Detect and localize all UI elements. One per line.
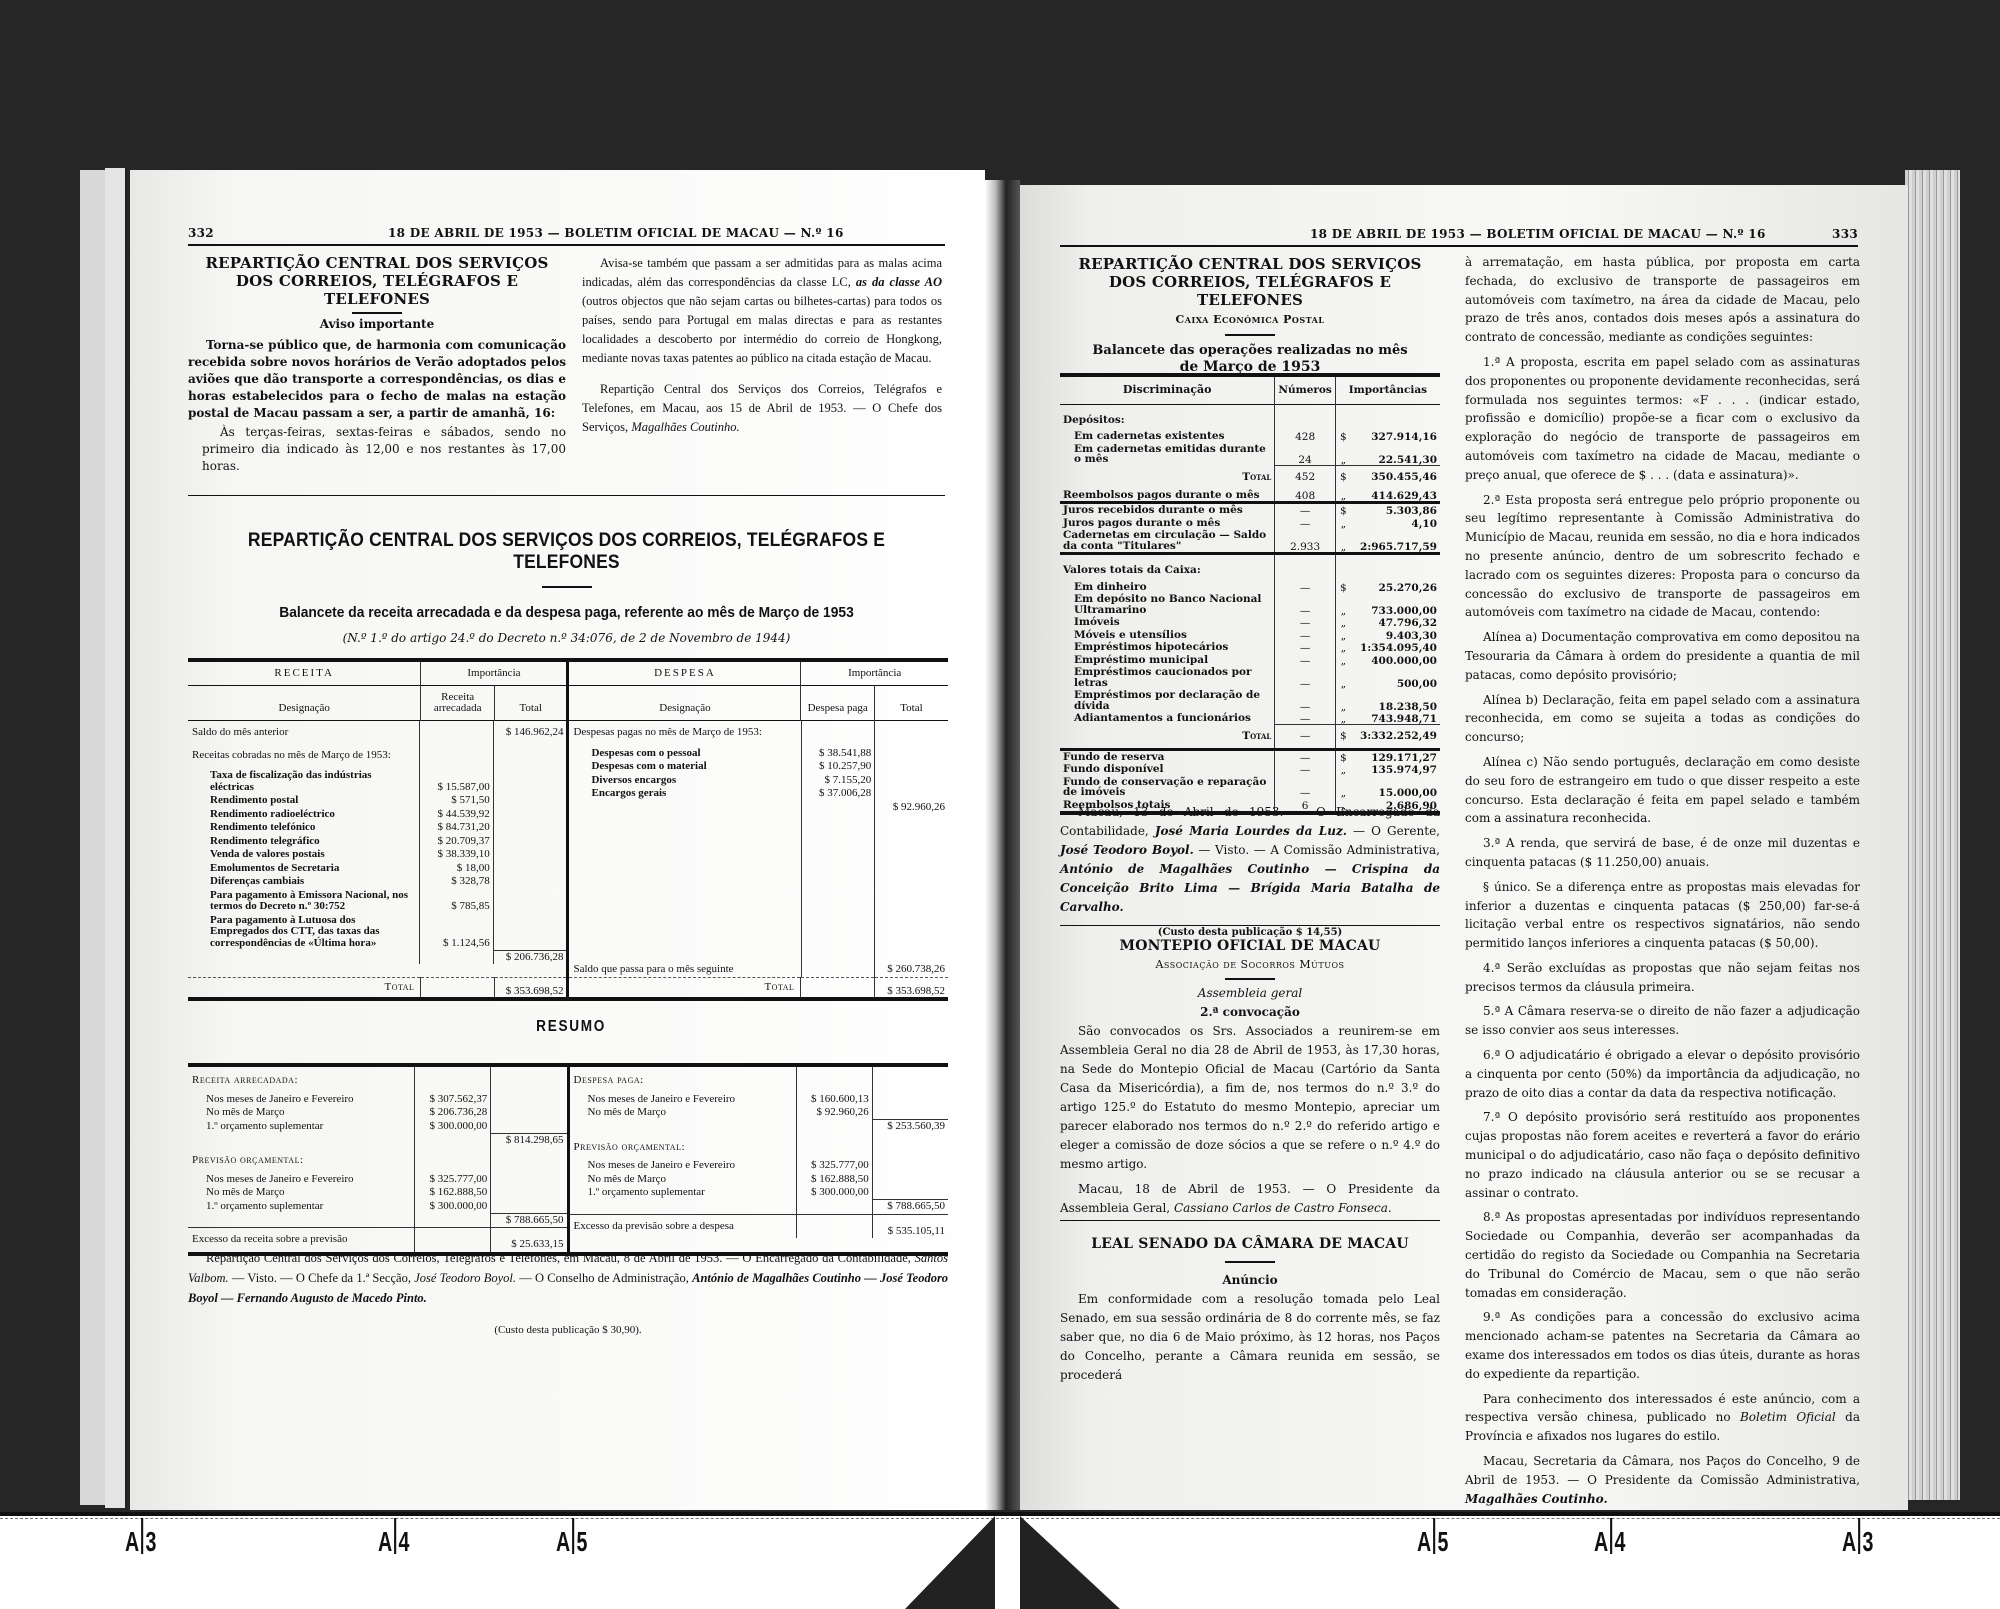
montepio-sub: Associação de Socorros Mútuos: [1060, 955, 1440, 974]
receita-row: $ 206.736,28: [188, 950, 566, 964]
caixa-amount: 500,00: [1351, 666, 1440, 689]
header-importancia-receita: Importância: [421, 660, 568, 686]
resumo-value: [415, 1133, 491, 1147]
boletim-oficial-ref: Boletim Oficial: [1740, 1410, 1836, 1424]
short-rule: [1225, 334, 1275, 336]
receita-total: [493, 835, 566, 849]
resumo-value: $ 307.562,37: [415, 1093, 491, 1107]
receita-row: Rendimento telegráfico$ 20.709,37: [188, 835, 566, 849]
resumo-row: No mês de Março$ 162.888,50: [570, 1173, 949, 1187]
caixa-currency: $: [1335, 581, 1351, 594]
caixa-table: Discriminação Números Importâncias Depós…: [1060, 373, 1440, 815]
balancete-legal-ref: (N.º 1.º do artigo 24.º do Decreto n.º 3…: [188, 631, 945, 645]
resumo-value: [796, 1120, 872, 1134]
caixa-numero: —: [1275, 654, 1335, 667]
receita-row: Saldo do mês anterior$ 146.962,24: [188, 721, 566, 740]
caixa-row: Em depósito no Banco Nacional Ultramarin…: [1060, 593, 1440, 616]
caixa-row: Valores totais da Caixa:: [1060, 554, 1440, 581]
caixa-amount: 4,10: [1351, 517, 1440, 530]
caixa-label: Fundo de reserva: [1060, 749, 1275, 763]
receita-total: [493, 914, 566, 951]
caixa-currency: „: [1335, 529, 1351, 554]
clause-1: 1.ª A proposta, escrita em papel selado …: [1465, 353, 1860, 485]
receita-label: Para pagamento à Lutuosa dos Empregados …: [188, 914, 420, 951]
resumo-row: Receita arrecadada:: [188, 1067, 567, 1093]
despesa-label: Saldo que passa para o mês seguinte: [569, 814, 801, 977]
caixa-row: Imóveis—„47.796,32: [1060, 616, 1440, 629]
despesa-paga: $ 38.541,88: [801, 747, 874, 761]
caixa-numero: —: [1275, 629, 1335, 642]
running-head-text: 18 DE ABRIL DE 1953 — BOLETIM OFICIAL DE…: [1310, 227, 1766, 241]
scanner-marker-a4: A4: [378, 1526, 409, 1562]
caixa-numero: —: [1275, 581, 1335, 594]
caixa-currency: $: [1335, 430, 1351, 443]
resumo-value: [796, 1067, 872, 1093]
caixa-header-line2: DOS CORREIOS, TELÉGRAFOS E TELEFONES: [1060, 273, 1440, 309]
clause-9: 9.ª As condições para a concessão do exc…: [1465, 1308, 1860, 1383]
receita-arrecadada: [420, 950, 493, 964]
receita-arrecadada: $ 15.587,00: [420, 769, 493, 794]
caixa-amount: 350.455,46: [1351, 466, 1440, 489]
resumo-total: [872, 1106, 948, 1120]
caixa-currency: „: [1335, 712, 1351, 725]
receita-total-value: $ 353.698,52: [494, 977, 568, 999]
receita-arrecadada: $ 44.539,92: [420, 808, 493, 822]
section-divider: [1060, 925, 1440, 926]
caixa-amount: 18.238,50: [1351, 689, 1440, 712]
caixa-signature: Macau, 13 de Abril de 1953. — O Encarreg…: [1060, 803, 1440, 942]
receita-row: Rendimento radioeléctrico$ 44.539,92: [188, 808, 566, 822]
despesa-total: [875, 774, 948, 788]
despesa-rows: Despesas pagas no mês de Março de 1953:D…: [569, 721, 948, 977]
balancete-header: REPARTIÇÃO CENTRAL DOS SERVIÇOS DOS CORR…: [188, 530, 945, 645]
scanner-marker-a5: A5: [556, 1526, 587, 1562]
caixa-currency: [1335, 554, 1351, 581]
despesa-total: [875, 747, 948, 761]
resumo-row: No mês de Março$ 206.736,28: [188, 1106, 567, 1120]
resumo-right: Despesa paga:Nos meses de Janeiro e Feve…: [568, 1065, 948, 1254]
scanner-marker-a3: A3: [125, 1526, 156, 1562]
caixa-row: Depósitos:: [1060, 404, 1440, 430]
caixa-amount: 5.303,86: [1351, 503, 1440, 517]
resumo-total: [491, 1200, 567, 1214]
receita-arrecadada: $ 785,85: [420, 889, 493, 914]
despesa-row: Saldo que passa para o mês seguinte$ 260…: [569, 814, 948, 977]
resumo-row: 1.º orçamento suplementar$ 300.000,00: [188, 1120, 567, 1134]
despesa-paga: [801, 814, 874, 977]
caixa-row: Total452$350.455,46: [1060, 466, 1440, 489]
scanner-marker-a5: A5: [1417, 1526, 1448, 1562]
clause-2b: Alínea b) Declaração, feita em papel sel…: [1465, 691, 1860, 747]
signatory-name: José Teodoro Boyol.: [1060, 843, 1194, 857]
receita-row: Venda de valores postais$ 38.339,10: [188, 848, 566, 862]
resumo-row: $ 253.560,39: [570, 1120, 949, 1134]
receita-label: Para pagamento à Emissora Nacional, nos …: [188, 889, 420, 914]
resumo-value: [415, 1213, 491, 1228]
short-rule: [1225, 1261, 1275, 1263]
caixa-currency: „: [1335, 666, 1351, 689]
despesa-row: Despesas pagas no mês de Março de 1953:: [569, 721, 948, 747]
receita-label: Receitas cobradas no mês de Março de 195…: [188, 740, 420, 770]
receita-row: Diferenças cambiais$ 328,78: [188, 875, 566, 889]
resumo-value: $ 162.888,50: [415, 1186, 491, 1200]
resumo-total: [491, 1186, 567, 1200]
caixa-numero: —: [1275, 517, 1335, 530]
caixa-amount: 15.000,00: [1351, 776, 1440, 799]
despesa-label: [569, 801, 801, 815]
resumo-label: Nos meses de Janeiro e Fevereiro: [188, 1093, 415, 1107]
caixa-numero: —: [1275, 666, 1335, 689]
leal-senado-intro: Em conformidade com a resolução tomada p…: [1060, 1290, 1440, 1385]
section-divider: [1060, 1220, 1440, 1221]
caixa-label: Em dinheiro: [1060, 581, 1275, 594]
signatory-name: Cassiano Carlos de Castro Fonseca.: [1174, 1201, 1392, 1215]
resumo-label: [570, 1120, 797, 1134]
resumo-total: $ 788.665,50: [491, 1213, 567, 1228]
receita-total: [493, 848, 566, 862]
caixa-currency: „: [1335, 593, 1351, 616]
resumo-label: 1.º orçamento suplementar: [188, 1200, 415, 1214]
resumo-label: Nos meses de Janeiro e Fevereiro: [188, 1173, 415, 1187]
caixa-amount: 2:965.717,59: [1351, 529, 1440, 554]
receita-arrecadada: $ 328,78: [420, 875, 493, 889]
resumo-label: No mês de Março: [570, 1173, 797, 1187]
resumo-value: $ 206.736,28: [415, 1106, 491, 1120]
caixa-currency: $: [1335, 503, 1351, 517]
montepio-section: MONTEPIO OFICIAL DE MACAU Associação de …: [1060, 937, 1440, 1224]
balancete-table: RECEITA Importância DESPESA Importância …: [188, 658, 948, 1001]
page-stack-right: [1905, 170, 1960, 1500]
header-discriminacao: Discriminação: [1060, 375, 1275, 404]
caixa-currency: „: [1335, 616, 1351, 629]
receita-label: Taxa de fiscalização das indústrias eléc…: [188, 769, 420, 794]
montepio-title: MONTEPIO OFICIAL DE MACAU: [1060, 937, 1440, 955]
signatory-names: António de Magalhães Coutinho — Crispina…: [1060, 862, 1440, 914]
caixa-numero: —: [1275, 763, 1335, 776]
receita-row: Taxa de fiscalização das indústrias eléc…: [188, 769, 566, 794]
resumo-label: Excesso da previsão sobre a despesa: [570, 1214, 797, 1238]
resumo-total: [491, 1067, 567, 1093]
clause-3: 3.ª A renda, que servirá de base, é de o…: [1465, 834, 1860, 872]
despesa-paga: $ 7.155,20: [801, 774, 874, 788]
resumo-row: $ 788.665,50: [570, 1200, 949, 1215]
header-despesa: DESPESA: [568, 660, 801, 686]
right-page: 18 DE ABRIL DE 1953 — BOLETIM OFICIAL DE…: [1020, 185, 1908, 1510]
resumo-right-rows: Despesa paga:Nos meses de Janeiro e Feve…: [570, 1067, 949, 1238]
caixa-numero: —: [1275, 725, 1335, 750]
resumo-value: $ 160.600,13: [796, 1093, 872, 1107]
header-designacao-despesa: Designação: [568, 686, 801, 721]
resumo-total: $ 535.105,11: [872, 1214, 948, 1238]
caixa-numero: —: [1275, 593, 1335, 616]
receita-total: [493, 821, 566, 835]
caixa-label: Valores totais da Caixa:: [1060, 554, 1275, 581]
header-total-receita: Total: [494, 686, 568, 721]
book-gutter: [985, 180, 1020, 1510]
caixa-row: Empréstimo municipal—„400.000,00: [1060, 654, 1440, 667]
receita-total: [493, 794, 566, 808]
resumo-value: [796, 1214, 872, 1238]
page-stack-left-inner: [105, 168, 127, 1508]
resumo-total: [872, 1186, 948, 1200]
caixa-label: Em cadernetas existentes: [1060, 430, 1275, 443]
caixa-numero: —: [1275, 749, 1335, 763]
resumo-value: $ 92.960,26: [796, 1106, 872, 1120]
caixa-currency: „: [1335, 763, 1351, 776]
despesa-label: Despesas com o material: [569, 760, 801, 774]
header-designacao-receita: Designação: [188, 686, 421, 721]
resumo-row: 1.º orçamento suplementar$ 300.000,00: [188, 1200, 567, 1214]
caixa-currency: „: [1335, 776, 1351, 799]
receita-label: Rendimento postal: [188, 794, 420, 808]
caixa-row: Reembolsos pagos durante o mês408„414.62…: [1060, 489, 1440, 503]
caixa-amount: 135.974,97: [1351, 763, 1440, 776]
balancete-subtitle: Balancete da receita arrecadada e da des…: [218, 604, 914, 621]
caixa-label: Depósitos:: [1060, 404, 1275, 430]
caixa-numero: [1275, 404, 1335, 430]
running-head-text: 18 DE ABRIL DE 1953 — BOLETIM OFICIAL DE…: [388, 226, 844, 240]
resumo-total: [491, 1147, 567, 1173]
short-rule: [1225, 978, 1275, 980]
caixa-label: Imóveis: [1060, 616, 1275, 629]
caixa-amount: 743.948,71: [1351, 712, 1440, 725]
receita-label: Emolumentos de Secretaria: [188, 862, 420, 876]
caixa-row: Cadernetas em circulação — Saldo da cont…: [1060, 529, 1440, 554]
receita-arrecadada: $ 84.731,20: [420, 821, 493, 835]
caixa-currency: [1335, 404, 1351, 430]
receita-arrecadada: $ 571,50: [420, 794, 493, 808]
left-page: 332 18 DE ABRIL DE 1953 — BOLETIM OFICIA…: [130, 170, 985, 1510]
caixa-header-line1: REPARTIÇÃO CENTRAL DOS SERVIÇOS: [1060, 255, 1440, 273]
leal-senado-title: LEAL SENADO DA CÂMARA DE MACAU: [1060, 1235, 1440, 1253]
resumo-value: $ 300.000,00: [796, 1186, 872, 1200]
caixa-amount: 129.171,27: [1351, 749, 1440, 763]
caixa-currency: $: [1335, 466, 1351, 489]
despesa-row: Diversos encargos$ 7.155,20: [569, 774, 948, 788]
aviso-signature: Repartição Central dos Serviços dos Corr…: [582, 380, 942, 437]
caixa-numero: —: [1275, 503, 1335, 517]
resumo-total: $ 814.298,65: [491, 1133, 567, 1147]
resumo-label: [188, 1213, 415, 1228]
section-divider: [188, 495, 945, 496]
page-number: 333: [1832, 227, 1858, 241]
resumo-row: $ 788.665,50: [188, 1213, 567, 1228]
montepio-para: São convocados os Srs. Associados a reun…: [1060, 1022, 1440, 1174]
resumo-value: [796, 1134, 872, 1160]
aviso-header-line2: DOS CORREIOS, TELÉGRAFOS E TELEFONES: [188, 272, 566, 308]
despesa-total: $ 92.960,26: [875, 801, 948, 815]
despesa-paga: $ 37.006,28: [801, 787, 874, 801]
resumo-left: Receita arrecadada:Nos meses de Janeiro …: [188, 1065, 568, 1254]
caixa-numero: —: [1275, 712, 1335, 725]
resumo-label: Nos meses de Janeiro e Fevereiro: [570, 1159, 797, 1173]
receita-label: Rendimento telefónico: [188, 821, 420, 835]
receita-total: [493, 769, 566, 794]
caixa-label: Juros recebidos durante o mês: [1060, 503, 1275, 517]
resumo-title: RESUMO: [536, 1018, 606, 1036]
receita-total: [493, 808, 566, 822]
caixa-numero: —: [1275, 616, 1335, 629]
resumo-table: Receita arrecadada:Nos meses de Janeiro …: [188, 1063, 948, 1256]
leal-senado-section: LEAL SENADO DA CÂMARA DE MACAU Anúncio E…: [1060, 1235, 1440, 1391]
aviso-para3: Avisa-se também que passam a ser admitid…: [582, 254, 942, 368]
resumo-left-rows: Receita arrecadada:Nos meses de Janeiro …: [188, 1067, 567, 1252]
aviso-column-left: REPARTIÇÃO CENTRAL DOS SERVIÇOS DOS CORR…: [188, 254, 566, 481]
resumo-value: $ 162.888,50: [796, 1173, 872, 1187]
short-rule: [542, 586, 592, 588]
caixa-label: Adiantamentos a funcionários: [1060, 712, 1275, 725]
caixa-label: Fundo de conservação e reparação de imóv…: [1060, 776, 1275, 799]
caixa-amount: 733.000,00: [1351, 593, 1440, 616]
dotted-line: [0, 1518, 2000, 1520]
receita-label: [188, 950, 420, 964]
caixa-label: Móveis e utensílios: [1060, 629, 1275, 642]
caixa-currency: „: [1335, 489, 1351, 503]
caixa-amount: 414.629,43: [1351, 489, 1440, 503]
signatory-name: Magalhães Coutinho.: [631, 420, 739, 434]
caixa-currency: „: [1335, 517, 1351, 530]
empty-cell: [421, 977, 495, 999]
caixa-row: Empréstimos por declaração de dívida—„18…: [1060, 689, 1440, 712]
header-total-despesa: Total: [874, 686, 948, 721]
header-receita-arrecadada: Receita arrecadada: [421, 686, 495, 721]
receita-total: [493, 862, 566, 876]
aviso-para2: Às terças-feiras, sextas-feiras e sábado…: [188, 424, 566, 475]
receita-total: $ 146.962,24: [493, 721, 566, 740]
caixa-currency: $: [1335, 749, 1351, 763]
caixa-column: REPARTIÇÃO CENTRAL DOS SERVIÇOS DOS CORR…: [1060, 255, 1440, 376]
clause-6: 6.ª O adjudicatário é obrigado a elevar …: [1465, 1046, 1860, 1102]
scanner-calibration-strip: A3 A4 A5 A5 A4 A3: [0, 1512, 2000, 1609]
resumo-label: [570, 1200, 797, 1215]
receita-row: Receitas cobradas no mês de Março de 195…: [188, 740, 566, 770]
montepio-signature: Macau, 18 de Abril de 1953. — O Presiden…: [1060, 1180, 1440, 1218]
resumo-label: No mês de Março: [188, 1186, 415, 1200]
caixa-currency: „: [1335, 654, 1351, 667]
caixa-amount: [1351, 404, 1440, 430]
caixa-label: Empréstimos caucionados por letras: [1060, 666, 1275, 689]
resumo-label: Receita arrecadada:: [188, 1067, 415, 1093]
despesa-paga: $ 10.257,90: [801, 760, 874, 774]
caixa-currency: „: [1335, 443, 1351, 466]
receita-body: Saldo do mês anterior$ 146.962,24Receita…: [188, 721, 568, 978]
resumo-total: [491, 1173, 567, 1187]
caixa-row: Adiantamentos a funcionários—„743.948,71: [1060, 712, 1440, 725]
caixa-numero: —: [1275, 776, 1335, 799]
resumo-total: [491, 1120, 567, 1134]
caixa-label: Total: [1060, 466, 1275, 489]
caixa-amount: 25.270,26: [1351, 581, 1440, 594]
caixa-label: Empréstimo municipal: [1060, 654, 1275, 667]
resumo-total: [491, 1093, 567, 1107]
resumo-value: [415, 1067, 491, 1093]
resumo-total: [872, 1093, 948, 1107]
caixa-amount: [1351, 554, 1440, 581]
header-importancia-despesa: Importância: [801, 660, 948, 686]
signatory-name: José Teodoro Boyol.: [414, 1271, 516, 1285]
receita-total: [493, 875, 566, 889]
clause-7: 7.ª O depósito provisório será restituíd…: [1465, 1108, 1860, 1202]
leal-senado-sub: Anúncio: [1060, 1271, 1440, 1290]
receita-arrecadada: $ 18,00: [420, 862, 493, 876]
resumo-label: No mês de Março: [188, 1106, 415, 1120]
resumo-label: 1.º orçamento suplementar: [188, 1120, 415, 1134]
despesa-total-value: $ 353.698,52: [874, 977, 948, 999]
caixa-title-line1: Balancete das operações realizadas no mê…: [1060, 342, 1440, 359]
despesa-label: Diversos encargos: [569, 774, 801, 788]
receita-label: Venda de valores postais: [188, 848, 420, 862]
caixa-row: Total—$3:332.252,49: [1060, 725, 1440, 750]
despesa-body: Despesas pagas no mês de Março de 1953:D…: [568, 721, 948, 978]
header-importancias: Importâncias: [1335, 375, 1440, 404]
receita-total-label: Total: [188, 977, 421, 999]
signatory-name: Magalhães Coutinho.: [1465, 1492, 1608, 1506]
aviso-para1: Torna-se público que, de harmonia com co…: [188, 337, 566, 422]
caixa-label: Reembolsos pagos durante o mês: [1060, 489, 1275, 503]
resumo-row: Excesso da previsão sobre a despesa$ 535…: [570, 1214, 949, 1238]
resumo-label: Nos meses de Janeiro e Fevereiro: [570, 1093, 797, 1107]
caixa-row: Em dinheiro—$25.270,26: [1060, 581, 1440, 594]
receita-total: [493, 740, 566, 770]
despesa-label: Despesas pagas no mês de Março de 1953:: [569, 721, 801, 747]
resumo-value: $ 300.000,00: [415, 1120, 491, 1134]
resumo-label: Despesa paga:: [570, 1067, 797, 1093]
despesa-row: Encargos gerais$ 37.006,28: [569, 787, 948, 801]
caixa-numero: 24: [1275, 443, 1335, 466]
aviso-subtitle: Aviso importante: [188, 316, 566, 333]
resumo-row: $ 814.298,65: [188, 1133, 567, 1147]
caixa-row: Empréstimos caucionados por letras—„500,…: [1060, 666, 1440, 689]
caixa-amount: 327.914,16: [1351, 430, 1440, 443]
empty-cell: [801, 977, 875, 999]
resumo-total: [491, 1106, 567, 1120]
signatory-name: José Maria Lourdes da Luz.: [1155, 824, 1347, 838]
header-despesa-paga: Despesa paga: [801, 686, 875, 721]
resumo-row: No mês de Março$ 162.888,50: [188, 1186, 567, 1200]
caixa-numero: 428: [1275, 430, 1335, 443]
caixa-row: Fundo de conservação e reparação de imóv…: [1060, 776, 1440, 799]
caixa-label: Empréstimos hipotecários: [1060, 641, 1275, 654]
despesa-total: [875, 721, 948, 747]
despesa-row: $ 92.960,26: [569, 801, 948, 815]
caixa-numero: 408: [1275, 489, 1335, 503]
despesa-paga: [801, 801, 874, 815]
page-number: 332: [188, 226, 214, 240]
caixa-label: Total: [1060, 725, 1275, 750]
clause-2a: Alínea a) Documentação comprovativa em c…: [1465, 628, 1860, 684]
caixa-row: Em cadernetas existentes428$327.914,16: [1060, 430, 1440, 443]
resumo-value: $ 325.777,00: [415, 1173, 491, 1187]
despesa-row: Despesas com o pessoal$ 38.541,88: [569, 747, 948, 761]
scanner-marker-a3: A3: [1842, 1526, 1873, 1562]
clause-8: 8.ª As propostas apresentadas por indiví…: [1465, 1208, 1860, 1302]
caixa-numero: —: [1275, 641, 1335, 654]
montepio-convocacao: 2.ª convocação: [1060, 1003, 1440, 1022]
caixa-amount: 9.403,30: [1351, 629, 1440, 642]
fold-marker-right: [1020, 1516, 1120, 1609]
receita-row: Rendimento telefónico$ 84.731,20: [188, 821, 566, 835]
caixa-label: Juros pagos durante o mês: [1060, 517, 1275, 530]
caixa-numero: [1275, 554, 1335, 581]
caixa-row: Juros pagos durante o mês—„4,10: [1060, 517, 1440, 530]
despesa-paga: [801, 721, 874, 747]
fold-marker-left: [905, 1516, 995, 1609]
resumo-label: 1.º orçamento suplementar: [570, 1186, 797, 1200]
caixa-row: Fundo disponível—„135.974,97: [1060, 763, 1440, 776]
receita-arrecadada: [420, 740, 493, 770]
balancete-footnote: Repartição Central dos Serviços dos Corr…: [188, 1248, 948, 1340]
leal-senado-continuation: à arrematação, em hasta pública, por pro…: [1465, 253, 1860, 1510]
